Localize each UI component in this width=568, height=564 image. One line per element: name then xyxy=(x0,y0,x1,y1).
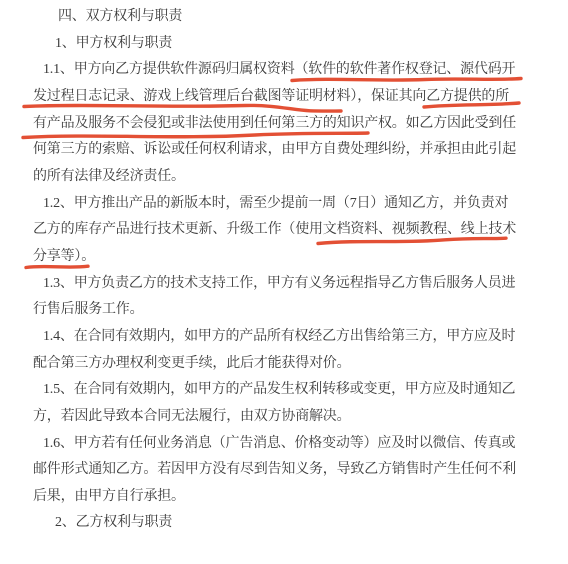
document-line: 1.5、在合同有效期内，如甲方的产品发生权利转移或变更，甲方应及时通知乙 xyxy=(43,382,515,398)
document-line: 有产品及服务不会侵犯或非法使用到任何第三方的知识产权。如乙方因此受到任 xyxy=(33,116,516,132)
document-line: 配合第三方办理权利变更手续，此后才能获得对价。 xyxy=(33,356,350,372)
document-line: 分享等）。 xyxy=(33,249,95,265)
document-line: 1.1、甲方向乙方提供软件源码归属权资料（软件的软件著作权登记、源代码开 xyxy=(43,62,515,78)
subsection-heading: 1、甲方权利与职责 xyxy=(55,36,172,52)
document-line: 行售后服务工作。 xyxy=(33,302,143,318)
document-line: 1.6、甲方若有任何业务消息（广告消息、价格变动等）应及时以微信、传真或 xyxy=(43,436,515,452)
document-line: 发过程日志记录、游戏上线管理后台截图等证明材料），保证其向乙方提供的所 xyxy=(33,89,509,105)
red-underline xyxy=(318,238,506,243)
document-line: 后果，由甲方自行承担。 xyxy=(33,489,185,505)
document-line: 乙方的库存产品进行技术更新、升级工作（使用文档资料、视频教程、线上技术 xyxy=(33,222,516,238)
red-underline xyxy=(23,133,368,138)
subsection-heading: 2、乙方权利与职责 xyxy=(55,515,172,531)
document-line: 何第三方的索赔、诉讼或任何权利请求，由甲方自费处理纠纷，并承担由此引起 xyxy=(33,142,516,158)
document-line: 方，若因此导致本合同无法履行，由双方协商解决。 xyxy=(33,409,350,425)
section-heading: 四、双方权利与职责 xyxy=(58,9,182,25)
red-underline xyxy=(26,266,88,267)
document-line: 的所有法律及经济责任。 xyxy=(33,169,185,185)
document-line: 1.2、甲方推出产品的新版本时，需至少提前一周（7日）通知乙方，并负责对 xyxy=(43,196,508,212)
red-underline xyxy=(24,105,341,111)
red-underline xyxy=(292,79,521,81)
document-page: 四、双方权利与职责 1、甲方权利与职责 1.1、甲方向乙方提供软件源码归属权资料… xyxy=(0,0,568,564)
document-line: 邮件形式通知乙方。若因甲方没有尽到告知义务，导致乙方销售时产生任何不利 xyxy=(33,462,516,478)
document-line: 1.3、甲方负责乙方的技术支持工作，甲方有义务远程指导乙方售后服务人员进 xyxy=(43,276,515,292)
document-line: 1.4、在合同有效期内，如甲方的产品所有权经乙方出售给第三方，甲方应及时 xyxy=(43,329,515,345)
